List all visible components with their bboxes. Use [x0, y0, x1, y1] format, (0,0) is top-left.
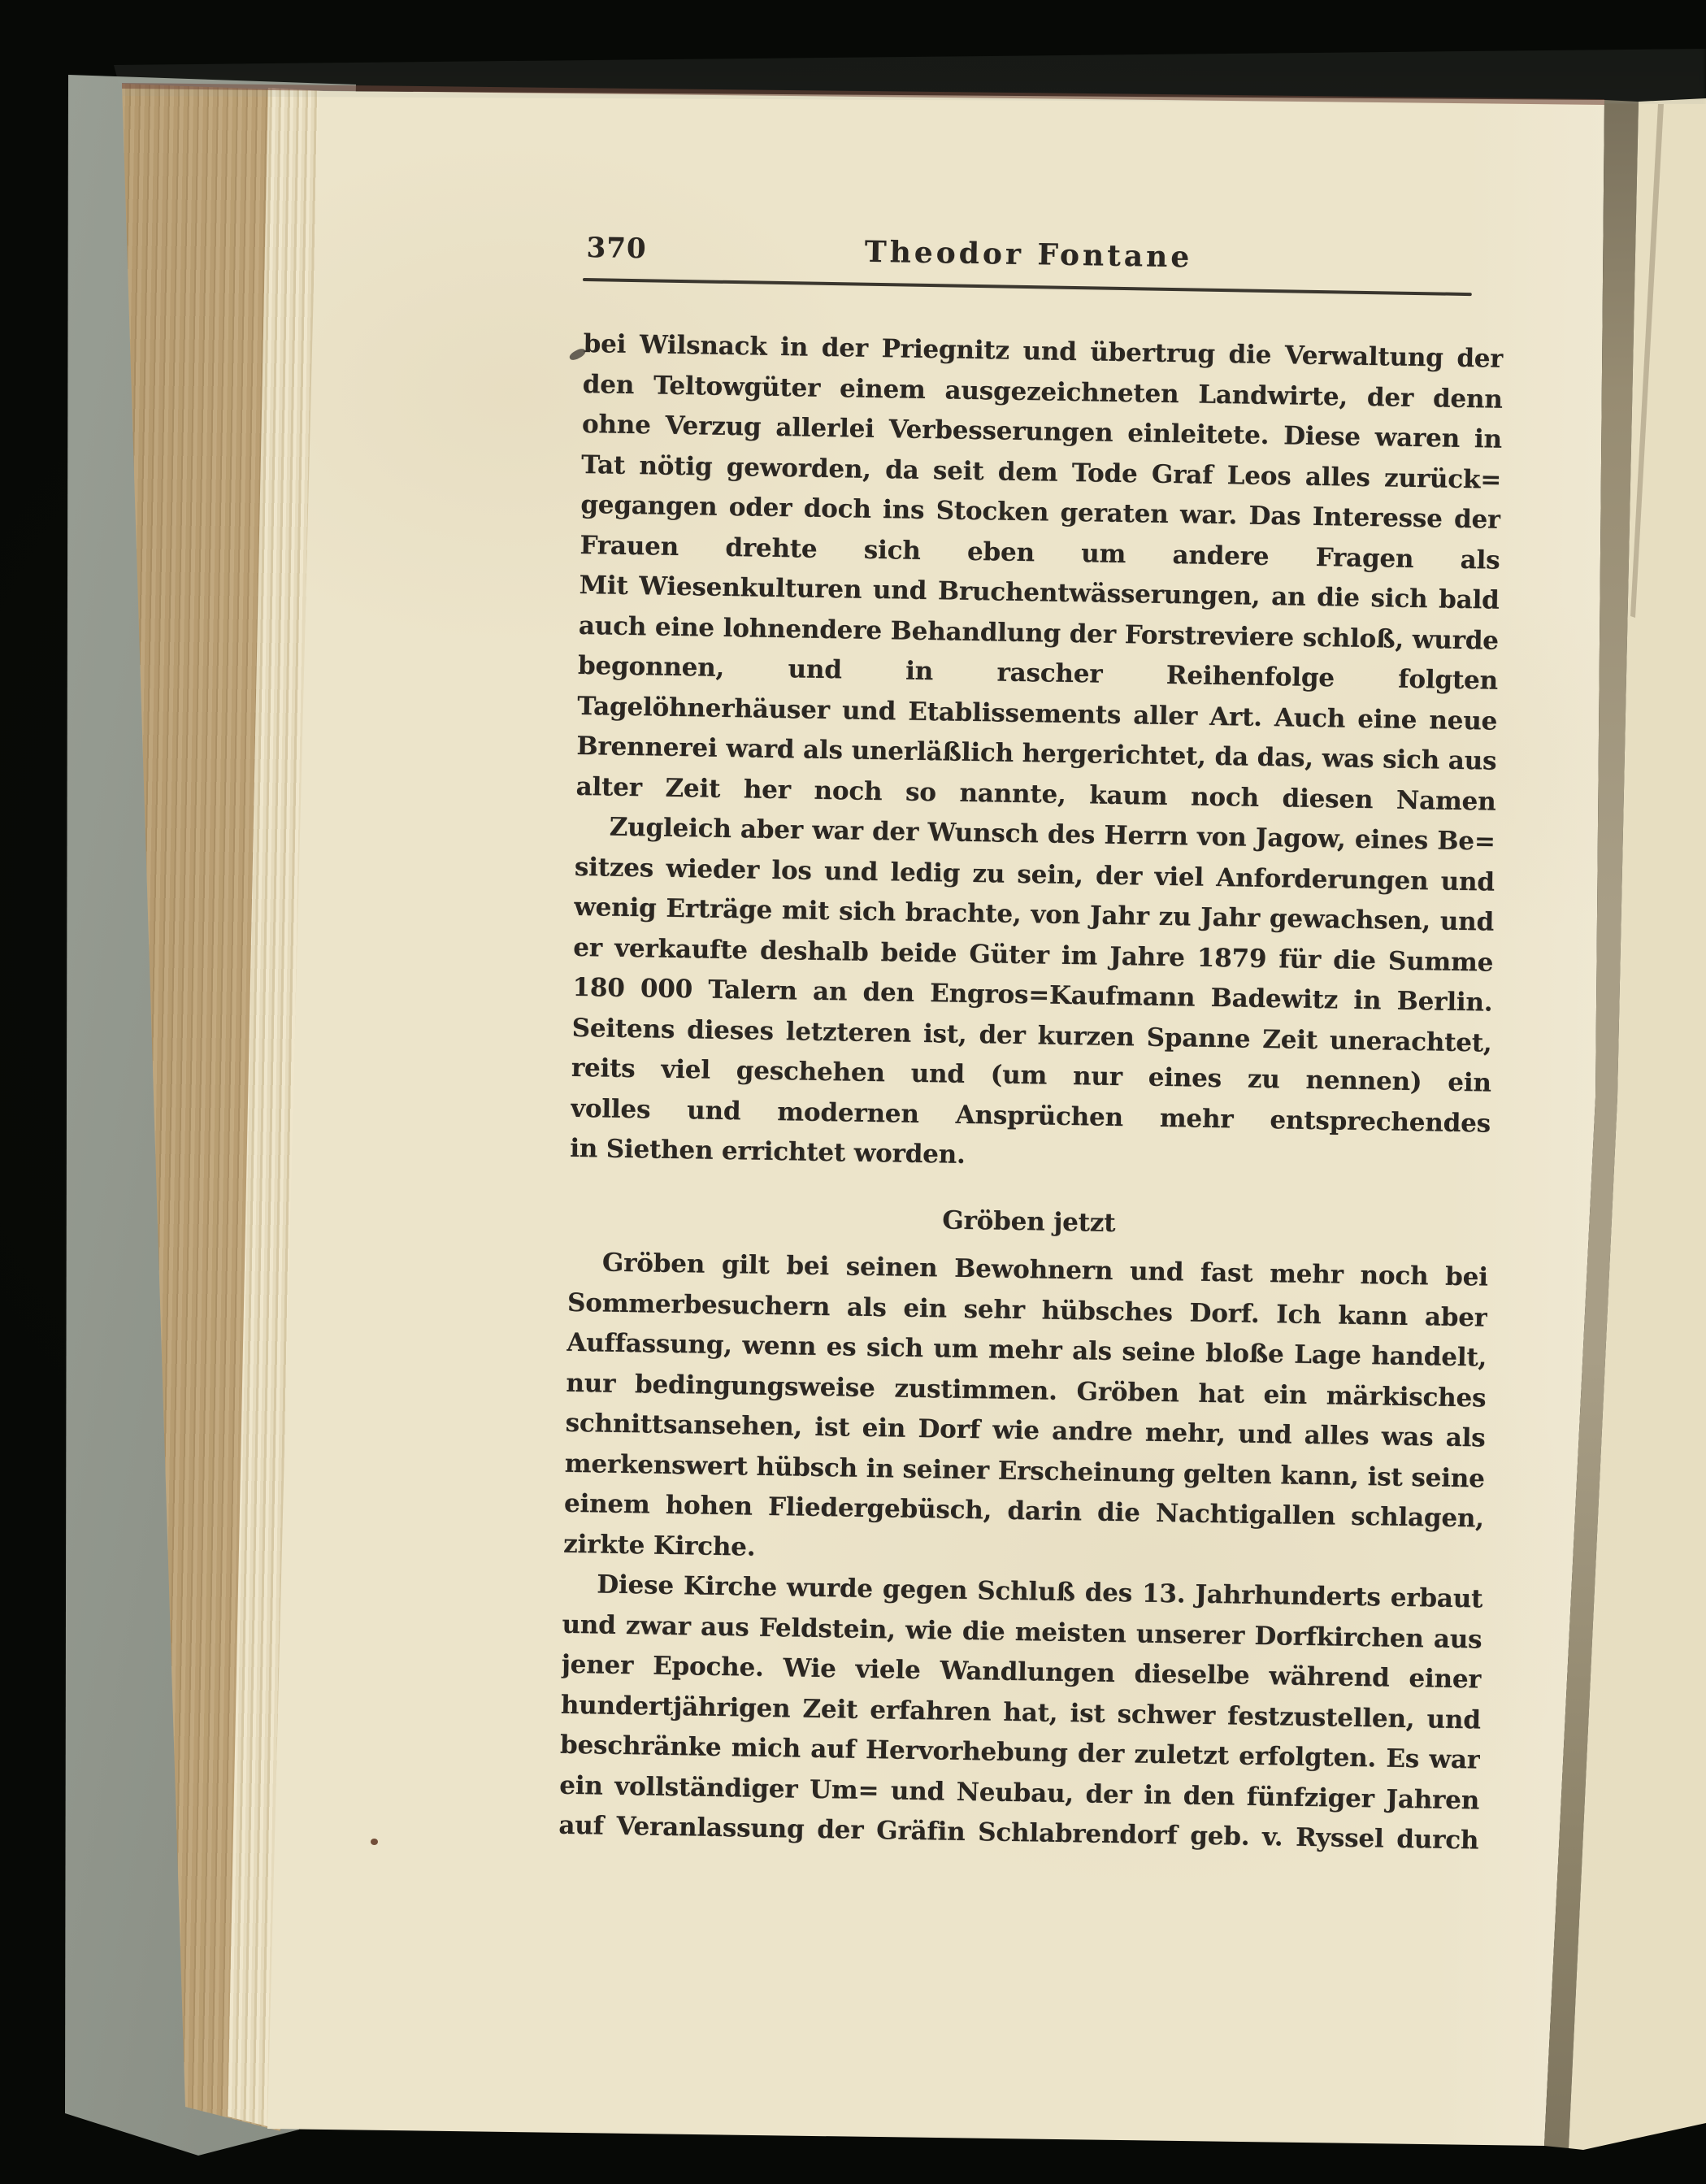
ink-speck: [371, 1839, 378, 1845]
running-title: Theodor Fontane: [864, 233, 1192, 277]
section-heading: Gröben jetzt: [568, 1194, 1489, 1249]
page-number: 370: [586, 230, 647, 267]
text-body: bei Wilsnack in der Priegnitz und übertr…: [558, 324, 1504, 1861]
book-scan: 370 Theodor Fontane bei Wilsnack in der …: [0, 0, 1706, 2184]
